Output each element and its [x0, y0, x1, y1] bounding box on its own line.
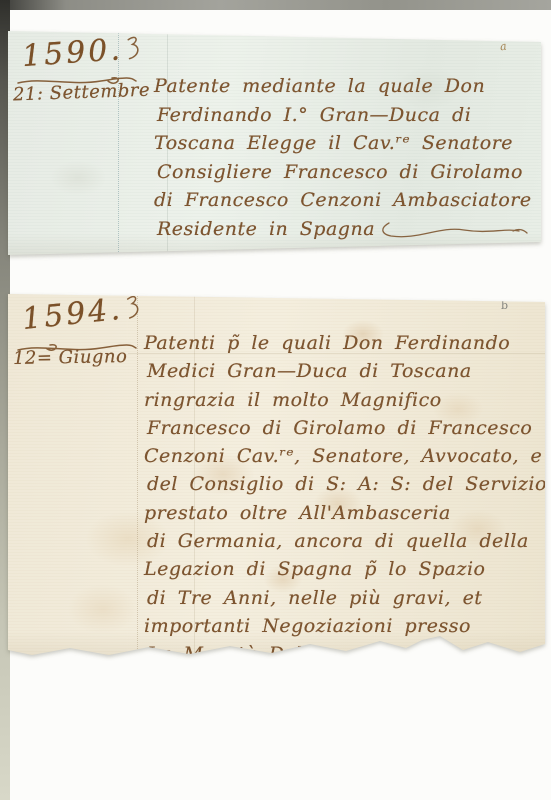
- manuscript-text-1594: Patenti p̃ le quali Don Ferdinando Medic…: [144, 329, 540, 669]
- manuscript-line: prestato oltre All'Ambasceria: [144, 499, 540, 527]
- end-flourish-icon: [379, 220, 529, 238]
- manuscript-line: Legazion di Spagna p̃ lo Spazio: [144, 555, 540, 583]
- manuscript-line: La Maestà Del: [147, 640, 540, 668]
- manuscript-text-1590: Patente mediante la quale Don Ferdinando…: [154, 72, 536, 243]
- manuscript-line: Francesco di Girolamo di Francesco: [147, 414, 540, 442]
- manuscript-line: Ferdinando I.° Gran—Duca di: [157, 101, 536, 130]
- year-swash-icon: [124, 34, 142, 63]
- manuscript-line: di Tre Anni, nelle più gravi, et: [147, 584, 540, 612]
- folio-mark-a: a: [499, 40, 507, 54]
- year-label: 1594.: [21, 295, 124, 335]
- manuscript-line: di Germania, ancora di quella della: [147, 527, 540, 555]
- year-heading-1590: 1590.: [21, 34, 142, 72]
- torn-letters-icon: [307, 646, 367, 662]
- manuscript-line: ringrazia il molto Magnifico: [144, 386, 540, 414]
- manuscript-photo: 1590. 21: Settembre a Patente mediante l…: [0, 0, 551, 800]
- manuscript-line: Residente in Spagna: [157, 215, 536, 244]
- manuscript-line: Patente mediante la quale Don: [154, 72, 536, 101]
- date-label: 12= Giugno: [13, 346, 128, 369]
- manuscript-line: del Consiglio di S: A: S: del Servizio: [147, 470, 540, 498]
- document-1590-paper: 1590. 21: Settembre a Patente mediante l…: [8, 28, 541, 256]
- album-top-edge: [0, 0, 551, 10]
- year-label: 1590.: [21, 35, 124, 72]
- manuscript-line: importanti Negoziazioni presso: [144, 612, 540, 640]
- manuscript-line: Medici Gran—Duca di Toscana: [147, 357, 540, 385]
- document-1590: 1590. 21: Settembre a Patente mediante l…: [8, 28, 541, 256]
- year-swash-icon: [123, 293, 142, 323]
- manuscript-line: Patenti p̃ le quali Don Ferdinando: [144, 329, 540, 357]
- year-heading-1594: 1594.: [21, 293, 142, 335]
- date-label: 21: Settembre: [13, 80, 151, 106]
- folio-mark-b: b: [501, 299, 508, 312]
- manuscript-line: Consigliere Francesco di Girolamo: [157, 158, 536, 187]
- document-1594-paper: 1594. 12= Giugno b Patenti p̃ le quali D…: [8, 289, 545, 661]
- document-1594: 1594. 12= Giugno b Patenti p̃ le quali D…: [8, 289, 545, 661]
- manuscript-line: Toscana Elegge il Cav.ʳᵉ Senatore: [154, 129, 536, 158]
- manuscript-line: Cenzoni Cav.ʳᵉ, Senatore, Avvocato, e: [144, 442, 540, 470]
- manuscript-line: di Francesco Cenzoni Ambasciatore: [154, 186, 536, 215]
